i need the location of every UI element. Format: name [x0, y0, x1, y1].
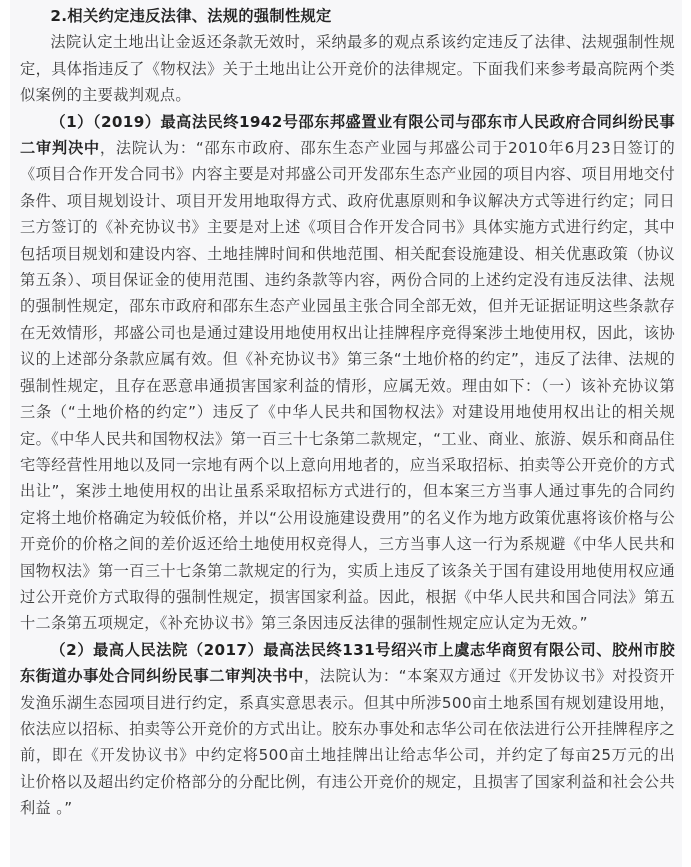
article-content: 2.相关约定违反法律、法规的强制性规定 法院认定土地出让金返还条款无效时，采纳最… [20, 3, 675, 822]
case-1-body: ，法院认为：“邵东市政府、邵东生态产业园与邦盛公司于2010年6月23日签订的《… [20, 139, 675, 632]
case-2-body: ，法院认为：“本案双方通过《开发协议书》对投资开发渔乐湖生态园项目进行约定，系真… [20, 667, 675, 817]
intro-paragraph: 法院认定土地出让金返还条款无效时，采纳最多的观点系该约定违反了法律、法规强制性规… [20, 29, 675, 108]
case-2-paragraph: （2）最高人民法院（2017）最高法民终131号绍兴市上虞志华商贸有限公司、胶州… [20, 637, 675, 822]
section-heading: 2.相关约定违反法律、法规的强制性规定 [20, 3, 675, 29]
case-1-paragraph: （1）（2019）最高法民终1942号邵东邦盛置业有限公司与邵东市人民政府合同纠… [20, 109, 675, 637]
